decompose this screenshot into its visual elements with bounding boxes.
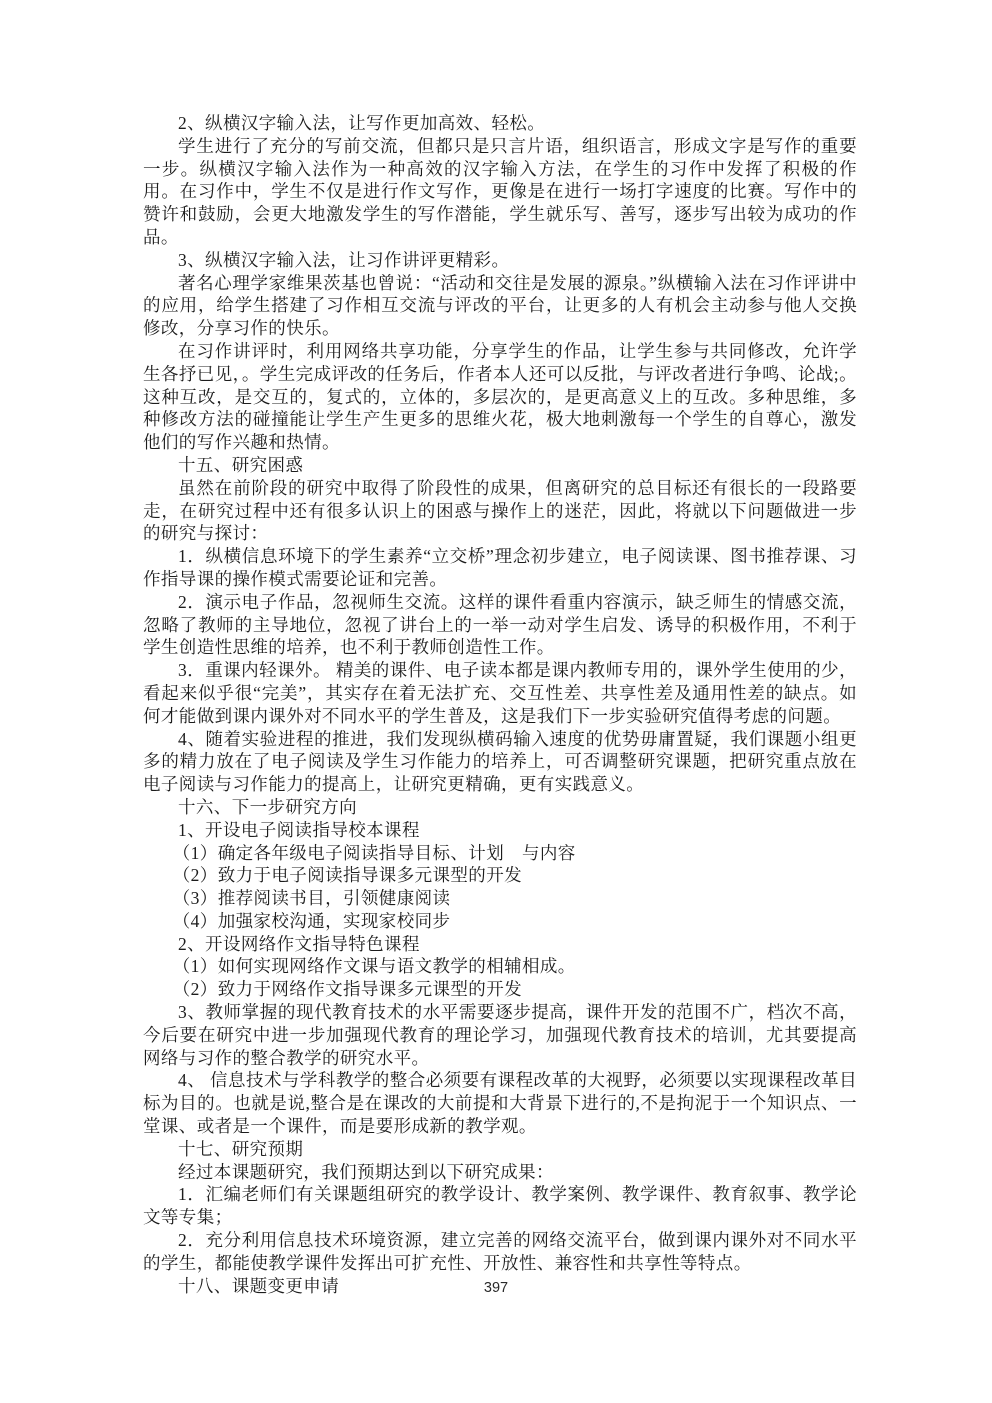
paragraph: 著名心理学家维果茨基也曾说：“活动和交往是发展的源泉。”纵横输入法在习作评讲中的…: [143, 272, 857, 340]
list-item: 3．重课内轻课外。 精美的课件、电子读本都是课内教师专用的，课外学生使用的少，看…: [143, 659, 857, 727]
sub-list-item: （2）致力于网络作文指导课多元课型的开发: [143, 978, 857, 1001]
page-number: 397: [0, 1280, 992, 1296]
document-body: 2、纵横汉字输入法，让写作更加高效、轻松。 学生进行了充分的写前交流，但都只是只…: [143, 112, 857, 1297]
document-page: 2、纵横汉字输入法，让写作更加高效、轻松。 学生进行了充分的写前交流，但都只是只…: [0, 0, 992, 1403]
list-item: 2、开设网络作文指导特色课程: [143, 933, 857, 956]
section-heading-15: 十五、研究困惑: [143, 454, 857, 477]
list-item: 2．充分利用信息技术环境资源，建立完善的网络交流平台，做到课内课外对不同水平的学…: [143, 1229, 857, 1275]
list-item: 2．演示电子作品，忽视师生交流。这样的课件看重内容演示，缺乏师生的情感交流，忽略…: [143, 591, 857, 659]
list-item: 1、开设电子阅读指导校本课程: [143, 819, 857, 842]
paragraph: 虽然在前阶段的研究中取得了阶段性的成果，但离研究的总目标还有很长的一段路要走，在…: [143, 477, 857, 545]
sub-list-item: （2）致力于电子阅读指导课多元课型的开发: [143, 864, 857, 887]
numbered-point-2-heading: 2、纵横汉字输入法，让写作更加高效、轻松。: [143, 112, 857, 135]
paragraph: 经过本课题研究，我们预期达到以下研究成果：: [143, 1161, 857, 1184]
sub-list-item: （1）如何实现网络作文课与语文教学的相辅相成。: [143, 955, 857, 978]
list-item: 3、教师掌握的现代教育技术的水平需要逐步提高，课件开发的范围不广，档次不高，今后…: [143, 1001, 857, 1069]
sub-list-item: （4）加强家校沟通，实现家校同步: [143, 910, 857, 933]
section-heading-16: 十六、下一步研究方向: [143, 796, 857, 819]
numbered-point-3-heading: 3、纵横汉字输入法，让习作讲评更精彩。: [143, 249, 857, 272]
sub-list-item: （1）确定各年级电子阅读指导目标、计划 与内容: [143, 842, 857, 865]
list-item: 4、随着实验进程的推进，我们发现纵横码输入速度的优势毋庸置疑，我们课题小组更多的…: [143, 728, 857, 796]
list-item: 1．汇编老师们有关课题组研究的教学设计、教学案例、教学课件、教育叙事、教学论文等…: [143, 1183, 857, 1229]
sub-list-item: （3）推荐阅读书目，引领健康阅读: [143, 887, 857, 910]
paragraph: 学生进行了充分的写前交流，但都只是只言片语，组织语言，形成文字是写作的重要一步。…: [143, 135, 857, 249]
paragraph: 在习作讲评时，利用网络共享功能，分享学生的作品，让学生参与共同修改，允许学生各抒…: [143, 340, 857, 454]
list-item: 4、 信息技术与学科教学的整合必须要有课程改革的大视野，必须要以实现课程改革目标…: [143, 1069, 857, 1137]
section-heading-17: 十七、研究预期: [143, 1138, 857, 1161]
list-item: 1．纵横信息环境下的学生素养“立交桥”理念初步建立，电子阅读课、图书推荐课、习作…: [143, 545, 857, 591]
